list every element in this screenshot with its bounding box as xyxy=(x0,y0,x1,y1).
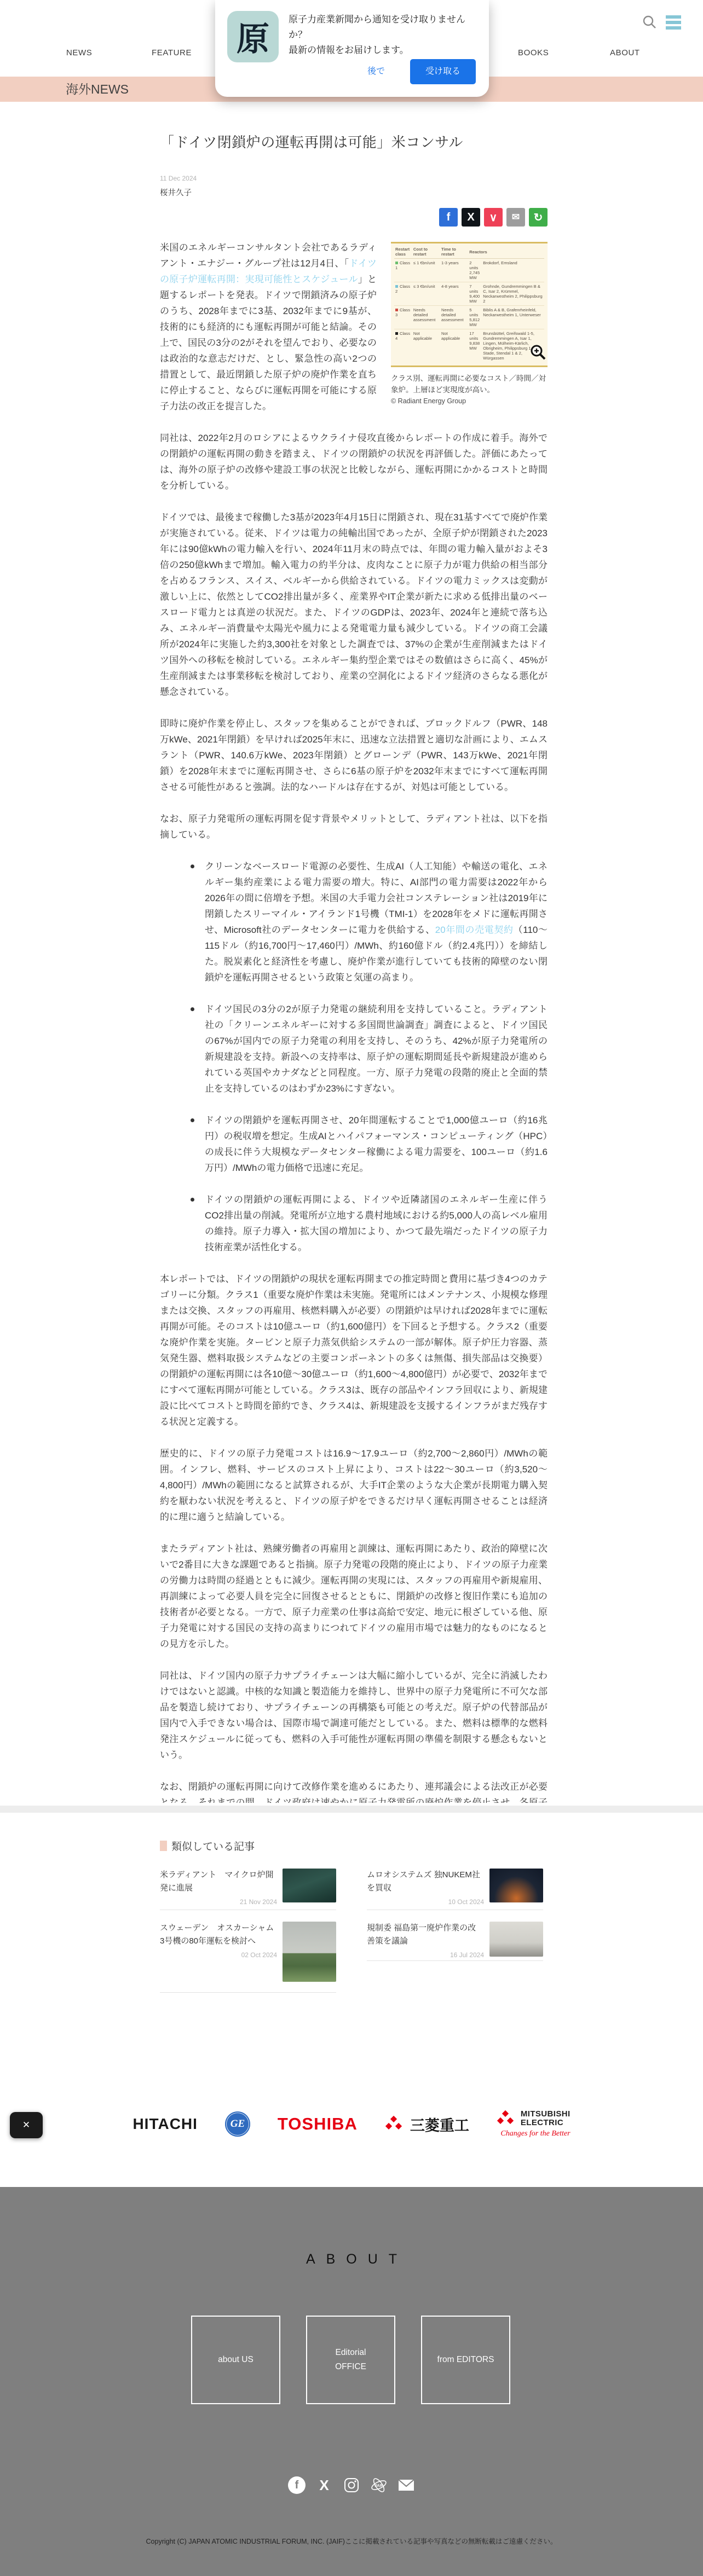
article-figure: Restart class Cost to restart Time to re… xyxy=(391,242,548,405)
about-us-button[interactable]: about US xyxy=(191,2316,280,2404)
instagram-icon[interactable] xyxy=(342,2476,361,2494)
class2-color-swatch xyxy=(395,285,398,288)
email-share-icon[interactable]: ✉ xyxy=(506,208,525,227)
zoom-magnifier-icon[interactable] xyxy=(530,344,546,363)
nav-item-news[interactable]: NEWS xyxy=(66,48,92,57)
section-divider xyxy=(0,1806,703,1813)
email-icon[interactable] xyxy=(397,2476,416,2494)
notification-line1: 原子力産業新聞から通知を受け取りませんか？ xyxy=(289,12,480,43)
class4-color-swatch xyxy=(395,332,398,335)
article: 「ドイツ閉鎖炉の運転再開は可能」米コンサル 11 Dec 2024 桜井久子 f… xyxy=(160,131,548,1803)
notification-popup: 原 原子力産業新聞から通知を受け取りませんか？ 最新の情報をお届けします。 後で… xyxy=(215,0,489,97)
feed-share-icon[interactable]: ↻ xyxy=(529,208,548,227)
close-icon[interactable]: ✕ xyxy=(10,2112,43,2138)
list-item: クリーンなベースロード電源の必要性、生成AI（人工知能）や輸送の電化、エネルギー… xyxy=(187,858,548,985)
list-item: ドイツの閉鎖炉を運転再開させ、20年間運転することで1,000億ユーロ（約16兆… xyxy=(187,1112,548,1176)
footer-social-row: f X JAIF xyxy=(0,2476,703,2494)
ppa-link[interactable]: 20年間の売電契約 xyxy=(435,925,514,935)
notification-later-button[interactable]: 後で xyxy=(367,59,385,84)
related-heading: 類似している記事 xyxy=(160,1836,548,1853)
related-article-card[interactable]: ムロオシステムズ 独NUKEM社を買収 10 Oct 2024 xyxy=(367,1869,543,1910)
related-article-date: 16 Jul 2024 xyxy=(367,1951,484,1959)
pocket-share-icon[interactable]: ∨ xyxy=(484,208,503,227)
related-article-title[interactable]: 米ラディアント マイクロ炉開発に進展 xyxy=(160,1869,277,1895)
mitsubishi-heavy-industries-logo[interactable]: ◆◆◆ 三菱重工 xyxy=(385,2114,469,2135)
article-date: 11 Dec 2024 xyxy=(160,175,548,182)
nav-item-feature[interactable]: FEATURE xyxy=(152,48,192,57)
related-articles-section: 類似している記事 米ラディアント マイクロ炉開発に進展 21 Nov 2024 … xyxy=(160,1836,548,1853)
about-section: ABOUT about US Editorial OFFICE from EDI… xyxy=(0,2187,703,2576)
site-logo: 原 xyxy=(227,11,279,62)
x-icon[interactable]: X xyxy=(315,2476,333,2494)
table-header: Restart class xyxy=(394,246,412,259)
paragraph: なお、閉鎖炉の運転再開に向けて改修作業を進めるにあたり、連邦議会による法改正が必… xyxy=(160,1779,548,1803)
related-article-thumbnail xyxy=(283,1922,336,1982)
menu-icon[interactable] xyxy=(666,15,681,30)
class3-color-swatch xyxy=(395,309,398,311)
jaif-atom-icon[interactable]: JAIF xyxy=(370,2476,388,2494)
table-row: Class 2 ≤ 3 €bn/unit 4-8 years 7 units 9… xyxy=(394,282,544,306)
from-editors-button[interactable]: from EDITORS xyxy=(421,2316,510,2404)
related-article-thumbnail xyxy=(489,1922,543,1957)
search-icon[interactable] xyxy=(642,14,657,30)
related-article-date: 02 Oct 2024 xyxy=(160,1951,277,1959)
paragraph: 同社は、2022年2月のロシアによるウクライナ侵攻直後からレポートの作成に着手。… xyxy=(160,430,548,494)
table-header: Time to restart xyxy=(440,246,468,259)
copyright-text: Copyright (C) JAPAN ATOMIC INDUSTRIAL FO… xyxy=(0,2536,703,2546)
related-article-thumbnail xyxy=(489,1869,543,1902)
nav-item-books[interactable]: BOOKS xyxy=(518,48,549,57)
related-article-title[interactable]: ムロオシステムズ 独NUKEM社を買収 xyxy=(367,1869,484,1895)
paragraph: 本レポートでは、ドイツの閉鎖炉の現状を運転再開までの推定時間と費用に基づき4つの… xyxy=(160,1271,548,1430)
paragraph: 同社は、ドイツ国内の原子力サプライチェーンは大幅に縮小しているが、完全に消滅した… xyxy=(160,1668,548,1763)
related-article-card[interactable]: スウェーデン オスカーシャム3号機の80年運転を検討へ 02 Oct 2024 xyxy=(160,1922,336,1993)
list-item: ドイツ国民の3分の2が原子力発電の継続利用を支持していること。ラディアント社の「… xyxy=(187,1001,548,1096)
hitachi-logo[interactable]: HITACHI xyxy=(132,2115,197,2133)
figure-credit: © Radiant Energy Group xyxy=(391,397,548,405)
sponsor-logos-row: HITACHI GE TOSHIBA ◆◆◆ 三菱重工 ◆◆◆ MITSUBIS… xyxy=(0,2105,703,2143)
mitsubishi-mark-icon: ◆◆◆ xyxy=(385,2115,405,2133)
related-article-thumbnail xyxy=(283,1869,336,1902)
mitsubishi-electric-logo[interactable]: ◆◆◆ MITSUBISHIELECTRIC Changes for the B… xyxy=(497,2110,571,2138)
toshiba-logo[interactable]: TOSHIBA xyxy=(278,2114,358,2134)
table-header: Reactors xyxy=(468,246,544,259)
notification-line2: 最新の情報をお届けします。 xyxy=(289,43,480,58)
related-article-title[interactable]: 規制委 福島第一廃炉作業の改善策を議論 xyxy=(367,1922,484,1948)
notification-accept-button[interactable]: 受け取る xyxy=(410,59,476,84)
mitsubishi-mark-icon: ◆◆◆ xyxy=(497,2110,516,2127)
restart-class-table[interactable]: Restart class Cost to restart Time to re… xyxy=(391,242,548,367)
ge-logo[interactable]: GE xyxy=(225,2111,250,2137)
share-row-top: f X ∨ ✉ ↻ xyxy=(160,208,548,227)
paragraph: 歴史的に、ドイツの原子力発電コストは16.9〜17.9ユーロ（約2,700〜2,… xyxy=(160,1446,548,1525)
notification-message: 原子力産業新聞から通知を受け取りませんか？ 最新の情報をお届けします。 xyxy=(289,12,480,58)
related-article-card[interactable]: 米ラディアント マイクロ炉開発に進展 21 Nov 2024 xyxy=(160,1869,336,1910)
paragraph: ドイツでは、最後まで稼働した3基が2023年4月15日に閉鎖され、現在31基すべ… xyxy=(160,509,548,700)
nav-item-about[interactable]: ABOUT xyxy=(610,48,640,57)
related-article-date: 21 Nov 2024 xyxy=(160,1898,277,1906)
facebook-icon[interactable]: f xyxy=(287,2476,306,2494)
melco-tagline: Changes for the Better xyxy=(500,2130,570,2138)
article-author[interactable]: 桜井久子 xyxy=(160,187,548,198)
related-article-title[interactable]: スウェーデン オスカーシャム3号機の80年運転を検討へ xyxy=(160,1922,277,1948)
list-item: ドイツの閉鎖炉の運転再開による、ドイツや近隣諸国のエネルギー生産に伴うCO2排出… xyxy=(187,1192,548,1255)
paragraph: なお、原子力発電所の運転再開を促す背景やメリットとして、ラディアント社は、以下を… xyxy=(160,811,548,843)
editorial-office-button[interactable]: Editorial OFFICE xyxy=(306,2316,395,2404)
heading-marker xyxy=(160,1841,167,1851)
facebook-share-icon[interactable]: f xyxy=(439,208,458,227)
class1-color-swatch xyxy=(395,262,398,264)
article-title: 「ドイツ閉鎖炉の運転再開は可能」米コンサル xyxy=(160,131,548,152)
category-banner-label: 海外NEWS xyxy=(66,77,129,102)
paragraph: 即時に廃炉作業を停止し、スタッフを集めることができれば、ブロックドルフ（PWR、… xyxy=(160,716,548,795)
related-article-date: 10 Oct 2024 xyxy=(367,1898,484,1906)
related-heading-label: 類似している記事 xyxy=(171,1838,255,1853)
related-article-card[interactable]: 規制委 福島第一廃炉作業の改善策を議論 16 Jul 2024 xyxy=(367,1922,543,1961)
table-row: Class 4 Not applicable Not applicable 17… xyxy=(394,329,544,363)
about-heading: ABOUT xyxy=(0,2187,703,2267)
x-share-icon[interactable]: X xyxy=(462,208,480,227)
table-header: Cost to restart xyxy=(412,246,440,259)
paragraph: またラディアント社は、熟練労働者の再雇用と訓練は、運転再開にあたり、政治的障壁に… xyxy=(160,1541,548,1652)
merit-list: クリーンなベースロード電源の必要性、生成AI（人工知能）や輸送の電化、エネルギー… xyxy=(160,858,548,1255)
svg-text:JAIF: JAIF xyxy=(374,2484,383,2488)
table-row: Class 3 Needs detailed assessment Needs … xyxy=(394,306,544,329)
table-row: Class 1 ≤ 1 €bn/unit 1-3 years 2 units 2… xyxy=(394,259,544,282)
page: NEWS FEATURE BOOKS ABOUT 海外NEWS 原 原子力産業新… xyxy=(0,0,703,2576)
figure-caption: クラス別、運転再開に必要なコスト／時間／対象炉。上層ほど実現度が高い。 xyxy=(391,373,548,396)
